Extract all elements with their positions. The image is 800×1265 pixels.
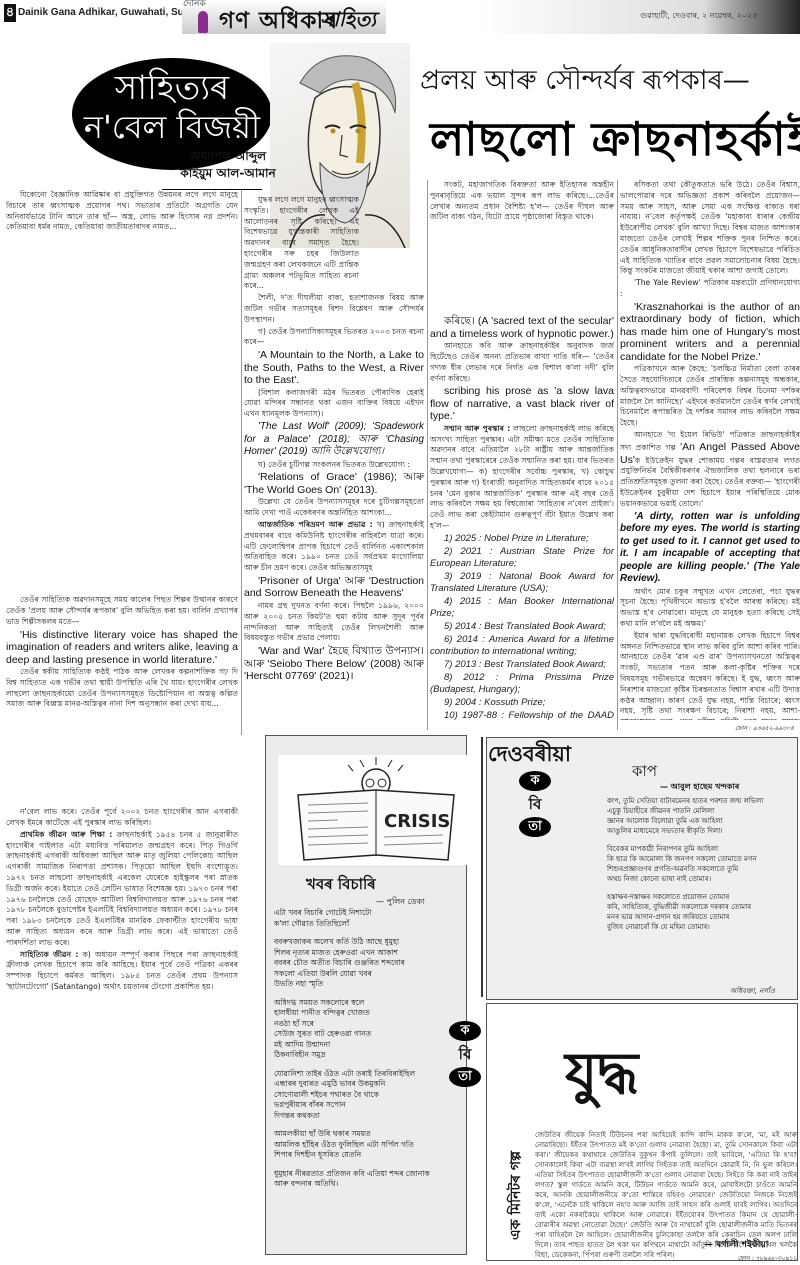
poem-line: শিশুৰপ্ৰজ্ঞাগুণৰ প্ৰগতি-অৱনতি সকলোতে তুম…: [607, 864, 797, 874]
poem-title: কাপ: [632, 760, 657, 785]
poem-line: কাপ, তুমি সেতিয়া বাটাৰমেনৰ হাতৰ পৰশত জন…: [607, 796, 797, 806]
article-column-1: যিকোনো বৈজ্ঞানিক আৱিষ্কাৰ বা প্ৰযুক্তিগত…: [6, 190, 238, 1265]
kabita-bi: বি: [440, 1044, 490, 1064]
english-titles: 'War and War' হৈছে বিখ্যাত উপন্যাস। আৰু …: [244, 645, 424, 683]
award-item: 8) 2012 : Prima Prissima Prize (Budapest…: [430, 672, 614, 696]
paragraph: (বিশাল কলাজগৰী মঠৰ ভিতৰত পৌৰাণিক হেৰাই য…: [244, 388, 424, 420]
english-quote: 'Krasznahorkai is the author of an extra…: [620, 301, 800, 364]
paragraph: ঘ) তেওঁৰ চুটিগল্প সংকলনৰ ভিতৰত উল্লেখযোগ…: [244, 460, 424, 471]
kicker-line-2: ন'বেল বিজয়ী: [72, 108, 272, 146]
article-column-4: ৰসিকতা তথা কৌতুকতাত ভৰি উঠে। তেওঁৰ বিশ্ব…: [620, 180, 800, 720]
story-phone: ফোন : ৭৮৯৬৮-৩০৪১১: [738, 1253, 797, 1264]
paragraph: যুদ্ধৰ লগে লগে মানুহৰ ধ্বংসাত্মক সংস্কৃত…: [244, 195, 359, 292]
poem-author: — আবুল হাছেম খন্দকাৰ: [660, 781, 739, 794]
paragraph: গ) তেওঁৰ উপন্যাসিকাসমূহৰ ভিতৰত ২০০৩ চনত …: [244, 327, 424, 349]
byline-line-1: অধ্যাপক আব্দুল: [178, 148, 278, 165]
poem-line: কি ছাত্ৰ কি আমোলা কি জনগণ সকলো তোমাতে মগ…: [607, 854, 797, 864]
poem-stanza: ববৰুখজাকৰ অলেখ কৰ্তি উঠি আছে ধুমুহা শিলৰ…: [274, 937, 504, 990]
award-item: 4) 2015 : Man Booker International Prize…: [430, 596, 614, 620]
paragraph: ৰসিকতা তথা কৌতুকতাত ভৰি উঠে। তেওঁৰ বিশ্ব…: [620, 180, 800, 277]
paragraph-spacer: [430, 224, 614, 314]
poet-credit: অধিবক্তা, নগাঁও: [730, 985, 775, 997]
poem-line: অধিদগ্ধ সময়ত সকলোৰে স্বলে: [274, 998, 504, 1009]
paragraph: ইয়াৰ দ্বাৰা যুদ্ধবিৰোধী মহানায়ক লেখক হ…: [620, 631, 800, 720]
poem-line: এটা খবৰ বিচাৰি গোটেই নিশাটো: [274, 908, 504, 919]
newspaper-logo: গণ অধিকাৰ: [196, 2, 338, 41]
poem-stanza: হস্তাক্ষৰ-দস্তাক্ষৰ সকলোতে প্ৰয়োজন তোমা…: [607, 892, 797, 932]
byline-line-2: কাইয়ুম আল-আমান: [178, 165, 278, 182]
section-divider: [481, 737, 483, 997]
poem-line: মনৰ ভাৱ আদান-প্ৰদান হয় জৰিয়তে তোমাৰ: [607, 912, 797, 922]
award-item: 6) 2014 : America Award for a lifetime c…: [430, 634, 614, 658]
paragraph: সংকট, মহাজাগতিক বিৰক্ততা আৰু ইতিহাসৰ অন্…: [430, 180, 614, 223]
paragraph: 'The Yale Review' পত্ৰিকাৰ মন্তব্যটো প্ৰ…: [620, 278, 800, 300]
story-title: যুদ্ধ: [565, 1030, 638, 1124]
poem-line: আৰু বন্দনাৰ অতিথি।: [274, 1179, 504, 1190]
kabita-ka: ক: [519, 771, 551, 791]
byline: অধ্যাপক আব্দুল কাইয়ুম আল-আমান: [178, 148, 278, 182]
english-titles: 'Prisoner of Urga' আৰু 'Destruction and …: [244, 575, 424, 600]
kabita-bi: বি: [510, 794, 560, 814]
award-item: 10) 1987-88 : Fellowship of the DAAD Art…: [430, 710, 614, 720]
story-author: — বৰ্ণালী শইকীয়া: [704, 1237, 768, 1252]
paragraph: লাছলো ক্ৰাছনাহৰ্কাই লাভ কৰিছে অসংখ্য সাহ…: [430, 424, 614, 530]
poem-line: হস্তাক্ষৰ-দস্তাক্ষৰ সকলোতে প্ৰয়োজন তোমা…: [607, 892, 797, 902]
column-divider: [241, 190, 242, 735]
newspaper-reader-cartoon: CRISIS: [278, 755, 474, 865]
poem-line: আমলিক হাঁহিৰ ওঁঠত ফুলিছিল এটা সৰ্পিল গতি: [274, 1140, 504, 1151]
kicker-line-1: সাহিত্যৰ: [72, 68, 272, 108]
poem-body: কাপ, তুমি সেতিয়া বাটাৰমেনৰ হাতৰ পৰশত জন…: [607, 796, 797, 940]
poem-title: খবৰ বিচাৰি: [306, 873, 376, 898]
paragraph: পত্ৰিকাখনে আৰু কৈছে: 'চলচ্চিত্ৰ নিৰ্মাতা…: [620, 364, 800, 429]
paragraph: তেওঁৰ সাহিত্যিক অৱদানসমূহে সময় কালেৰ পি…: [6, 595, 238, 627]
english-quote: 'A dirty, rotten war is unfolding before…: [620, 511, 800, 586]
article-column-3: সংকট, মহাজাগতিক বিৰক্ততা আৰু ইতিহাসৰ অন্…: [430, 180, 614, 720]
section-heading: প্ৰাথমিক জীৱন আৰু শিক্ষা :: [20, 830, 112, 839]
poem-stanza: আমলকীয়া ছাঁ উৰি থকাৰ সময়ত আমলিক হাঁহিৰ…: [274, 1129, 504, 1161]
english-titles: 'The Last Wolf' (2009); 'Spadework for a…: [244, 421, 424, 459]
english-title: 'A Mountain to the North, a Lake to the …: [244, 349, 424, 387]
paragraph: উল্লেখ্য যে তেওঁৰ উপন্যাসসমূহৰ দৰে চুটিগ…: [244, 497, 424, 519]
kabita-ta: তা: [519, 817, 551, 837]
poem-line: ববৰৰ চৌত অতীত বিচাৰি গুঞ্জৰিত শব্দবোৰ: [274, 958, 504, 969]
award-item: 3) 2019 : Natonal Book Award for Transla…: [430, 571, 614, 595]
paragraph-spacer: [6, 234, 238, 594]
poem-line: হালধীয়া পানীত বন্দিত্বৰ খোজত: [274, 1008, 504, 1019]
kabita-label-upper: ক বি তা: [510, 768, 560, 840]
poem-line: সোণোৱালী শইচৰ পথাৰত বৈ থাকে: [274, 1090, 504, 1101]
poem-line: শিলৰ নৃত্যৰ মাজত হেৰুওৱা এখন আকাশ: [274, 948, 504, 959]
paragraph: তেওঁৰ স্বকীয় সাহিত্যিক কণ্ঠই পাঠক আৰু ল…: [6, 667, 238, 710]
poem-stanza: বিবেকৰ মাপকাঠী নিৰাপণৰ তুমি আহিলা কি ছাত…: [607, 844, 797, 884]
poem-line: ভগ্নপুৰীয়াৰ বাঁৰৰ সপোন: [274, 1100, 504, 1111]
poem-line: অথচ নিজা কোনো ভাষা নাই তোমাৰ।: [607, 874, 797, 884]
award-item: 7) 2013 : Best Translated Book Award;: [430, 659, 614, 671]
poem-line: শিপাৰ দিশহীন ধূসৰিত যেতনি: [274, 1150, 504, 1161]
poem-line: বুজিব নোৱাৰোঁ কি যে মহিমা তোমাৰ।: [607, 922, 797, 932]
poem-line: এচুকু চিয়াহীৰে জীৱনৰ পাতনি মেলিলা: [607, 806, 797, 816]
poem-stanza: এটা খবৰ বিচাৰি গোটেই নিশাটো ক'লা গৌৱাত ত…: [274, 908, 504, 929]
poem-stanza: ধুমুহাৰ নীৰৱতাত প্ৰতিজন কবি এতিয়া শব্দৰ…: [274, 1169, 504, 1190]
paragraph: আনহাতে কবি আৰু ক্ৰাছনাহৰ্কাইৰ অনুবাদক জৰ…: [430, 341, 614, 384]
poem-line: উভতি নহা স্মৃতি: [274, 979, 504, 990]
section-heading: সাহিত্যিক জীৱন :: [20, 950, 78, 959]
kabita-ta: তা: [449, 1067, 481, 1087]
award-item: 1) 2025 : Nobel Prize in Literature;: [430, 533, 614, 545]
poem-line: ববৰুখজাকৰ অলেখ কৰ্তি উঠি আছে ধুমুহা: [274, 937, 504, 948]
kabita-ka: ক: [449, 1021, 481, 1041]
column-divider: [427, 180, 428, 730]
poem-line: বিবেকৰ মাপকাঠী নিৰাপণৰ তুমি আহিলা: [607, 844, 797, 854]
cartoon-headline: CRISIS: [384, 811, 450, 832]
poem-line: দিগন্তৰ কথকতা: [274, 1111, 504, 1122]
section-name: সাহিত্য: [320, 5, 376, 38]
cartoon-newspaper-icon: CRISIS: [278, 755, 474, 865]
section-heading: আন্তৰ্জাতিক পৰিভ্ৰমণ আৰু প্ৰভাৱ :: [258, 520, 373, 529]
award-item: 9) 2004 : Kossuth Prize;: [430, 697, 614, 709]
paragraph: ক ইউক্ৰেইন যুদ্ধৰ শোকাময় গল্পৰ বাস্তৱতা…: [620, 456, 800, 508]
author-phone: ফোন : ৯৩৬৫২-৯৯৩০৪: [735, 723, 794, 734]
column-divider: [617, 180, 618, 730]
poem-line: কবি, সাহিত্যিক, বুদ্ধিজীৱী সকলোকে দৰকাৰ …: [607, 902, 797, 912]
headline-subtitle: প্ৰলয় আৰু সৌন্দৰ্যৰ ৰূপকাৰ—: [420, 60, 750, 105]
kabita-label-lower: ক বি তা: [440, 1018, 490, 1090]
english-quote: scribing his prose as 'a slow lava flow …: [430, 385, 614, 423]
poem-line: সকলো এতিয়া উৰলি যোৱা খবৰ: [274, 969, 504, 980]
paragraph: যিকোনো বৈজ্ঞানিক আৱিষ্কাৰ বা প্ৰযুক্তিগত…: [6, 190, 238, 233]
paragraph: অৰ্থাৎ মোৰ চকুৰ সন্মুখত এখন লেতেৰা, পচা …: [620, 587, 800, 630]
paragraph-spacer: [6, 711, 238, 806]
article-column-2: যুদ্ধৰ লগে লগে মানুহৰ ধ্বংসাত্মক সংস্কৃত…: [244, 195, 424, 735]
poem-line: আমলকীয়া ছাঁ উৰি থকাৰ সময়ত: [274, 1129, 504, 1140]
story-series-label: এক মিনিটৰ গল্প: [504, 1140, 526, 1250]
english-quote: 'His distinctive literary voice has shap…: [6, 629, 238, 667]
poem-stanza: কাপ, তুমি সেতিয়া বাটাৰমেনৰ হাতৰ পৰশত জন…: [607, 796, 797, 836]
masthead: ৪ Dainik Gana Adhikar, Guwahati, Sunday,…: [0, 0, 800, 34]
poem-line: আঙুলিৰ মাধ্যমেৰে সভ্যতাৰ স্বীকৃতি দিলা।: [607, 826, 797, 836]
english-quote: কৰিছে। (A 'sacred text of the secular' a…: [430, 315, 614, 340]
paragraph: ক্ৰাছনাহৰ্কাই ১৯৫৪ চনৰ ৫ জানুৱাৰীত হাংগে…: [6, 830, 238, 947]
dateline-assamese: গুৱাহাটী, দেওবাৰ, ২ নৱেম্বৰ, ২০২৫: [640, 10, 758, 23]
page-number: ৪: [4, 4, 16, 22]
poem-line: ক'লা গৌৱাত তিতিছিলোঁ: [274, 919, 504, 930]
award-item: 2) 2021 : Austrian State Prize for Europ…: [430, 546, 614, 570]
headline-main: লাছলো ক্ৰাছনাহৰ্কাই: [430, 105, 800, 181]
award-item: 5) 2014 : Best Translated Book Award;: [430, 621, 614, 633]
poem-line: জ্ঞানৰ আলোক বিলোৱা তুমি এক আহিলা: [607, 816, 797, 826]
paragraph: নামৰ গ্ৰন্থ দুখনত বৰ্ণনা কৰে। পিছলৈ ১৯৯৬…: [244, 601, 424, 644]
logo-figure-icon: [198, 11, 208, 33]
paragraph: ন'বেল লাভ কৰে। তেওঁৰ পূৰ্বে ২০০২ চনত হাং…: [6, 807, 238, 829]
poem-line: ধুমুহাৰ নীৰৱতাত প্ৰতিজন কবি এতিয়া শব্দৰ…: [274, 1169, 504, 1180]
paragraph: শৈলী, দ'ত দীঘলীয়া বাক্য, হতাশাজনক বিষয়…: [244, 293, 424, 325]
section-heading: সন্মান আৰু পুৰস্কাৰ :: [444, 424, 510, 433]
english-titles: 'Relations of Grace' (1986); আৰু 'The Wo…: [244, 471, 424, 496]
